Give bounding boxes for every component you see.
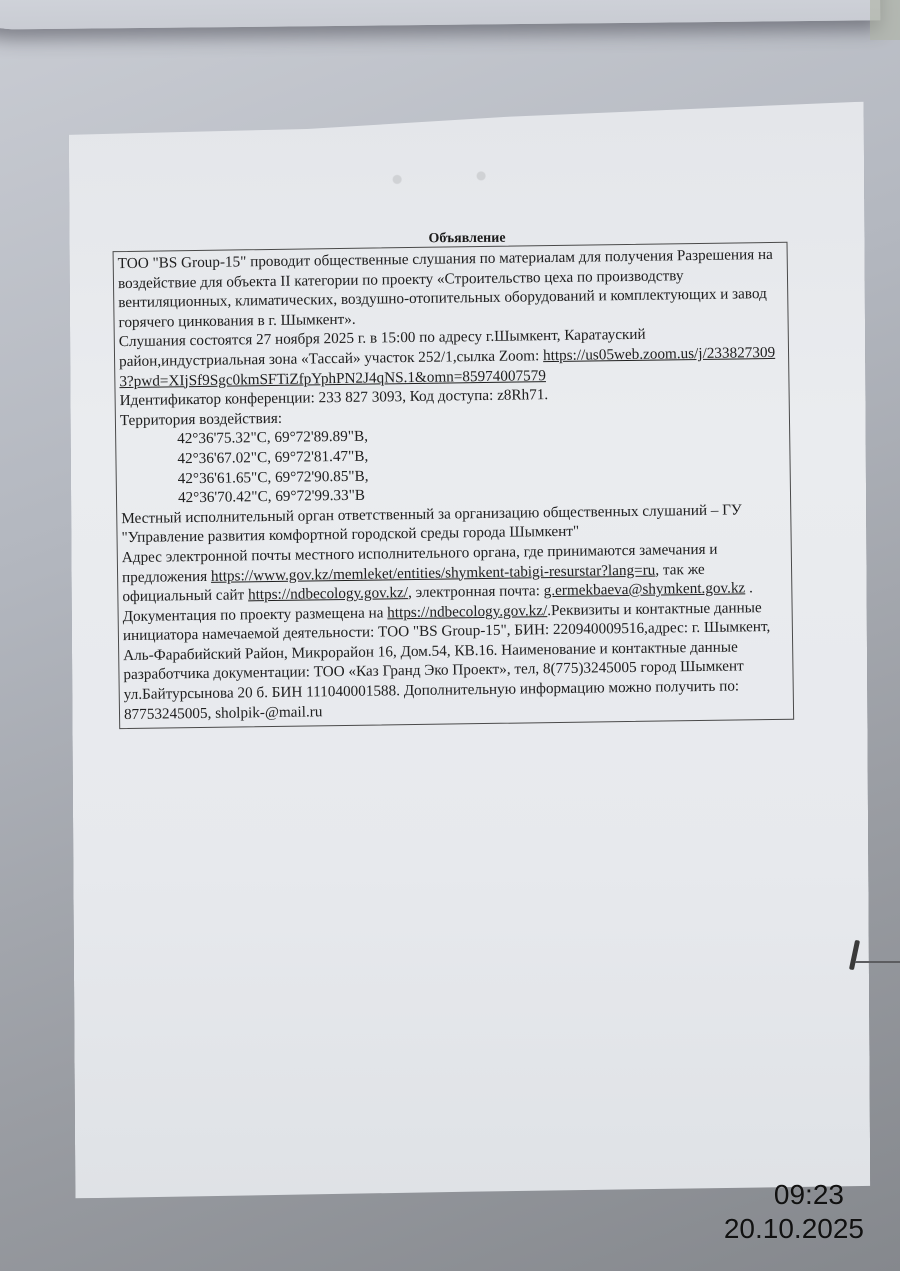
contacts-paragraph: Адрес электронной почты местного исполни… [122,539,789,725]
notice-paper: Объявление ТОО "BS Group-15" проводит об… [69,102,871,1199]
email-link[interactable]: g.ermekbaeva@shymkent.gov.kz [544,579,746,599]
site-link[interactable]: https://ndbecology.gov.kz/ [248,584,408,603]
background-strip [870,0,900,40]
timestamp-date: 20.10.2025 [724,1213,864,1244]
timestamp-time: 09:23 [724,1178,864,1212]
wire [855,961,900,963]
notice-box: ТОО "BS Group-15" проводит общественные … [113,242,795,730]
email-label: , электронная почта: [408,582,540,601]
photo-timestamp: 09:23 20.10.2025 [724,1178,864,1246]
notice-intro: ТОО "BS Group-15" проводит общественные … [118,245,784,333]
docs-link[interactable]: https://ndbecology.gov.kz/ [387,602,547,621]
coordinates-list: 42°36'75.32"С, 69°72'89.89"В, 42°36'67.0… [120,421,786,509]
bleed-through-marks [369,164,509,195]
background-paper-sheet [0,0,880,30]
hearing-details: Слушания состоятся 27 ноября 2025 г. в 1… [119,323,785,391]
